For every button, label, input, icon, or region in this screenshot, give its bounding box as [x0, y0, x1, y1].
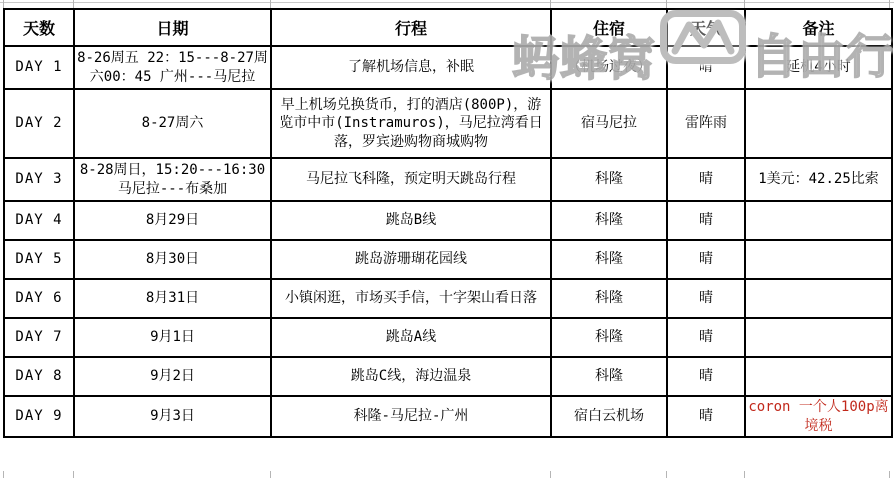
weather-cell: 晴	[667, 158, 745, 201]
day-cell: DAY 3	[4, 158, 74, 201]
grid-stub	[744, 471, 745, 478]
grid-stub	[73, 471, 74, 478]
column-header-weather: 天气	[667, 9, 745, 46]
stay-cell: 科隆	[551, 240, 667, 279]
grid-stub	[550, 0, 551, 8]
table-row: DAY 18-26周五 22：15---8-27周 六00：45 广州---马尼…	[4, 46, 892, 89]
day-cell: DAY 1	[4, 46, 74, 89]
note-cell	[745, 318, 892, 357]
day-cell: DAY 9	[4, 396, 74, 437]
date-cell: 8-28周日，15:20---16:30 马尼拉---布桑加	[74, 158, 271, 201]
grid-remnant-line	[0, 2, 894, 3]
table-row: DAY 99月3日科隆-马尼拉-广州宿白云机场晴coron 一个人100p离境税	[4, 396, 892, 437]
itinerary-cell: 跳岛游珊瑚花园线	[271, 240, 551, 279]
table-row: DAY 68月31日小镇闲逛，市场买手信，十字架山看日落科隆晴	[4, 279, 892, 318]
table-row: DAY 38-28周日，15:20---16:30 马尼拉---布桑加马尼拉飞科…	[4, 158, 892, 201]
day-cell: DAY 2	[4, 89, 74, 158]
weather-cell: 晴	[667, 357, 745, 396]
day-cell: DAY 8	[4, 357, 74, 396]
date-cell: 8月29日	[74, 201, 271, 240]
weather-cell: 晴	[667, 318, 745, 357]
column-header-itinerary: 行程	[271, 9, 551, 46]
grid-stub	[666, 471, 667, 478]
note-cell	[745, 240, 892, 279]
table-row: DAY 48月29日跳岛B线科隆晴	[4, 201, 892, 240]
note-cell: coron 一个人100p离境税	[745, 396, 892, 437]
itinerary-cell: 了解机场信息，补眠	[271, 46, 551, 89]
note-cell	[745, 357, 892, 396]
date-cell: 8月31日	[74, 279, 271, 318]
itinerary-cell: 跳岛B线	[271, 201, 551, 240]
itinerary-cell: 早上机场兑换货币，打的酒店(800P)，游览市中市(Instramuros)，马…	[271, 89, 551, 158]
itinerary-cell: 科隆-马尼拉-广州	[271, 396, 551, 437]
date-cell: 8-26周五 22：15---8-27周 六00：45 广州---马尼拉	[74, 46, 271, 89]
column-header-stay: 住宿	[551, 9, 667, 46]
column-header-date: 日期	[74, 9, 271, 46]
grid-stub	[744, 0, 745, 8]
header-row: 天数 日期 行程 住宿 天气 备注	[4, 9, 892, 46]
itinerary-cell: 小镇闲逛，市场买手信，十字架山看日落	[271, 279, 551, 318]
note-cell	[745, 201, 892, 240]
itinerary-cell: 跳岛C线，海边温泉	[271, 357, 551, 396]
stay-cell: 宿白云机场	[551, 396, 667, 437]
table-body: DAY 18-26周五 22：15---8-27周 六00：45 广州---马尼…	[4, 46, 892, 437]
stay-cell: 科隆	[551, 279, 667, 318]
grid-stub	[666, 0, 667, 8]
stay-cell: （机场过夜）	[551, 46, 667, 89]
note-cell: 延机4小时	[745, 46, 892, 89]
weather-cell: 晴	[667, 46, 745, 89]
stay-cell: 科隆	[551, 158, 667, 201]
table-row: DAY 89月2日跳岛C线，海边温泉科隆晴	[4, 357, 892, 396]
itinerary-table: 天数 日期 行程 住宿 天气 备注 DAY 18-26周五 22：15---8-…	[3, 8, 893, 438]
weather-cell: 晴	[667, 201, 745, 240]
weather-cell: 晴	[667, 279, 745, 318]
grid-stub	[3, 0, 4, 8]
weather-cell: 晴	[667, 396, 745, 437]
stay-cell: 科隆	[551, 318, 667, 357]
date-cell: 8-27周六	[74, 89, 271, 158]
note-cell: 1美元：42.25比索	[745, 158, 892, 201]
note-cell	[745, 89, 892, 158]
stay-cell: 宿马尼拉	[551, 89, 667, 158]
day-cell: DAY 4	[4, 201, 74, 240]
grid-stub	[270, 0, 271, 8]
grid-stub	[73, 0, 74, 8]
date-cell: 9月2日	[74, 357, 271, 396]
table-row: DAY 28-27周六早上机场兑换货币，打的酒店(800P)，游览市中市(Ins…	[4, 89, 892, 158]
table-row: DAY 79月1日跳岛A线科隆晴	[4, 318, 892, 357]
grid-stub	[3, 471, 4, 478]
column-header-days: 天数	[4, 9, 74, 46]
grid-stub	[889, 471, 890, 478]
stay-cell: 科隆	[551, 357, 667, 396]
weather-cell: 晴	[667, 240, 745, 279]
date-cell: 9月1日	[74, 318, 271, 357]
column-header-notes: 备注	[745, 9, 892, 46]
note-cell	[745, 279, 892, 318]
day-cell: DAY 6	[4, 279, 74, 318]
stay-cell: 科隆	[551, 201, 667, 240]
day-cell: DAY 5	[4, 240, 74, 279]
day-cell: DAY 7	[4, 318, 74, 357]
table-row: DAY 58月30日跳岛游珊瑚花园线科隆晴	[4, 240, 892, 279]
grid-stub	[550, 471, 551, 478]
date-cell: 9月3日	[74, 396, 271, 437]
grid-stub	[889, 0, 890, 8]
grid-stub	[270, 471, 271, 478]
date-cell: 8月30日	[74, 240, 271, 279]
itinerary-screenshot: 天数 日期 行程 住宿 天气 备注 DAY 18-26周五 22：15---8-…	[0, 0, 894, 478]
itinerary-cell: 跳岛A线	[271, 318, 551, 357]
weather-cell: 雷阵雨	[667, 89, 745, 158]
itinerary-cell: 马尼拉飞科隆，预定明天跳岛行程	[271, 158, 551, 201]
